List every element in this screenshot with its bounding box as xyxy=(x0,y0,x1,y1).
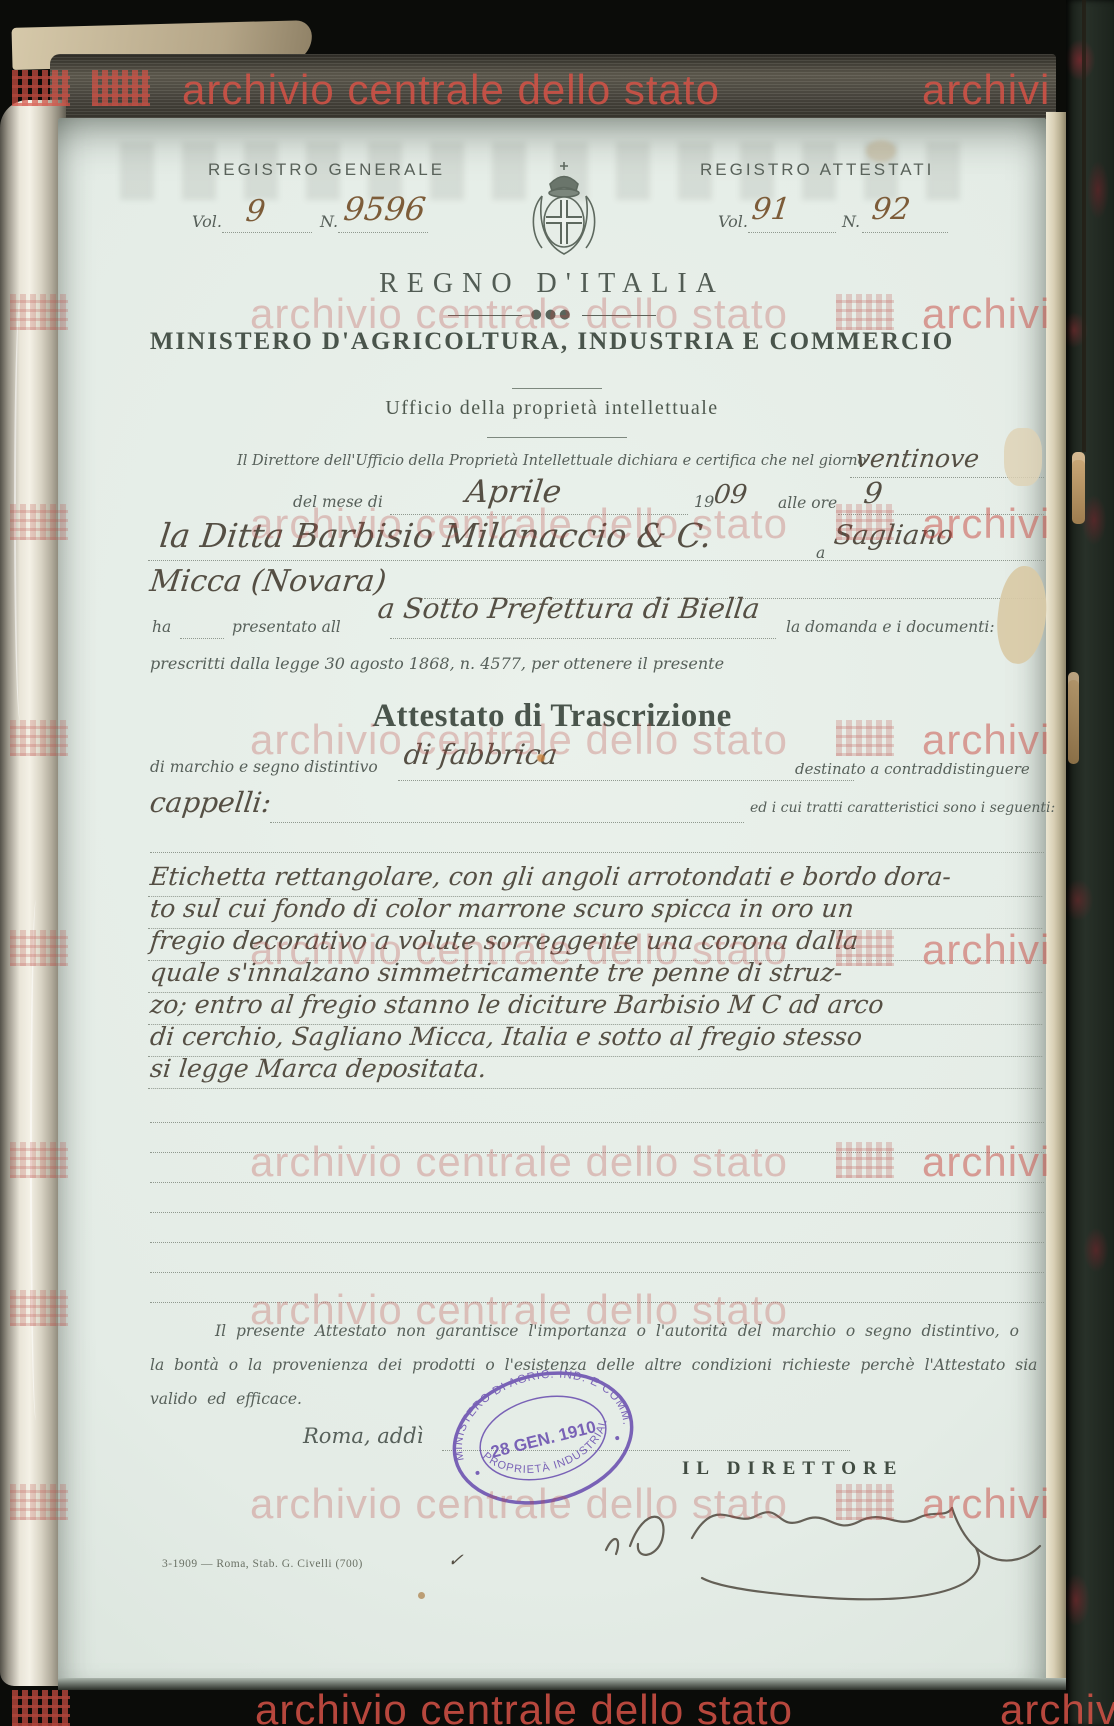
month-label: del mese di xyxy=(293,493,383,511)
director-signature xyxy=(592,1466,1052,1626)
description-line: Etichetta rettangolare, con gli angoli a… xyxy=(148,862,1046,897)
printer-imprint: 3-1909 — Roma, Stab. G. Civelli (700) xyxy=(162,1558,363,1570)
mark-type-handwritten: di fabbrica xyxy=(402,738,559,771)
description-line: di cerchio, Sagliano Micca, Italia e sot… xyxy=(148,1022,1046,1057)
archive-watermark-row: archivio centrale dello stato archivi xyxy=(0,1686,1114,1726)
ink-stain xyxy=(418,1592,425,1599)
disclaimer-line: valido ed efficace. xyxy=(150,1390,302,1408)
kingdom-title: REGNO D'ITALIA xyxy=(58,268,1046,300)
n-label-generale: N. xyxy=(320,212,338,231)
vol-label-attestati: Vol. xyxy=(718,212,748,231)
blank-ruled-line xyxy=(150,1212,1044,1213)
n-value-attestati: 92 xyxy=(870,192,912,227)
page-bottom-edge xyxy=(58,1678,1066,1690)
has-label: ha xyxy=(152,618,171,636)
right-pages-edge xyxy=(1046,112,1066,1684)
bookmark-cord xyxy=(1082,0,1086,452)
vol-label-generale: Vol. xyxy=(192,212,222,231)
blank-ruled-line xyxy=(150,1122,1044,1123)
blank-ruled-line xyxy=(150,1272,1044,1273)
n-label-attestati: N. xyxy=(842,212,860,231)
disclaimer-line: Il presente Attestato non garantisce l'i… xyxy=(215,1322,1019,1340)
handwritten-check-mark: ✓ xyxy=(447,1550,465,1571)
book-cover-marbled xyxy=(1066,0,1114,1726)
description-line: si legge Marca depositata. xyxy=(148,1054,1046,1089)
blank-ruled-line xyxy=(150,1182,1044,1183)
bookmark-tassel xyxy=(1072,452,1085,524)
law-reference-line: prescritti dalla legge 30 agosto 1868, n… xyxy=(150,654,724,673)
hour-label: alle ore xyxy=(778,494,837,512)
year-handwritten: 09 xyxy=(712,480,749,510)
place2-handwritten: Micca (Novara) xyxy=(148,564,388,599)
ink-stain xyxy=(537,754,545,762)
ministry-title: MINISTERO D'AGRICOLTURA, INDUSTRIA E COM… xyxy=(58,328,1046,356)
firm-name-handwritten: la Ditta Barbisio Milanaccio & C. xyxy=(158,516,714,555)
n-value-generale: 9596 xyxy=(342,190,428,228)
mark-type-label: di marchio e segno distintivo xyxy=(150,758,378,776)
foxing-stain xyxy=(866,140,896,162)
declaration-certifies-text: Il Direttore dell'Ufficio della Propriet… xyxy=(237,453,866,469)
torn-paper-fragment xyxy=(1004,428,1042,486)
blank-ruled-line xyxy=(150,1302,1044,1303)
traits-label: ed i cui tratti caratteristici sono i se… xyxy=(750,800,1055,816)
request-label: la domanda e i documenti: xyxy=(786,618,995,636)
office-subtitle: Ufficio della proprietà intellettuale xyxy=(58,397,1046,420)
ornament-divider: ●●● xyxy=(58,312,1046,318)
place1-handwritten: Sagliano xyxy=(832,520,955,551)
day-handwritten: ventinove xyxy=(854,444,981,473)
destined-label: destinato a contraddistinguere xyxy=(795,760,1030,778)
page-curl-highlight xyxy=(30,900,42,1420)
attestato-heading: Attestato di Trascrizione xyxy=(58,698,1046,735)
page-curl-highlight xyxy=(14,300,26,720)
description-line: fregio decorativo a volute sorreggente u… xyxy=(148,926,1046,961)
month-handwritten: Aprile xyxy=(464,474,564,510)
savoy-coat-of-arms xyxy=(518,160,610,262)
description-line: zo; entro al fregio stanno le diciture B… xyxy=(148,990,1046,1025)
authority-handwritten: a Sotto Prefettura di Biella xyxy=(376,592,762,625)
left-page-curl xyxy=(0,100,66,1686)
blank-ruled-line xyxy=(150,1152,1044,1153)
scanned-register-page-photo: REGISTRO GENERALE REGISTRO ATTESTATI Vol… xyxy=(0,0,1114,1726)
registro-attestati-title: REGISTRO ATTESTATI xyxy=(700,160,934,180)
closed-pages-edge xyxy=(50,54,1056,124)
presented-label: presentato all xyxy=(232,618,341,636)
description-line: to sul cui fondo di color marrone scuro … xyxy=(148,894,1046,929)
blank-ruled-line xyxy=(150,1242,1044,1243)
bookmark-tassel xyxy=(1068,672,1079,764)
registro-generale-title: REGISTRO GENERALE xyxy=(208,160,445,180)
object-handwritten: cappelli: xyxy=(148,786,273,819)
place-date-label: Roma, addì xyxy=(303,1424,423,1448)
vol-value-attestati: 91 xyxy=(750,192,792,227)
description-line: quale s'innalzano simmetricamente tre pe… xyxy=(148,958,1046,993)
